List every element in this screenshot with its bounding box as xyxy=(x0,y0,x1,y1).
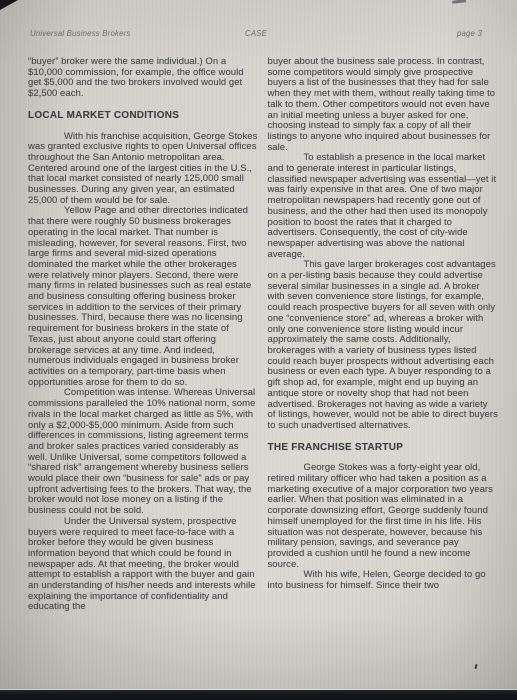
paragraph: buyer about the business sale process. I… xyxy=(268,57,499,153)
page-header: Universal Business Brokers CASE page 3 xyxy=(30,29,482,38)
paragraph: Competition was intense. Whereas Univers… xyxy=(28,388,259,516)
photographed-document-page: Universal Business Brokers CASE page 3 “… xyxy=(0,0,517,700)
paragraph: George Stokes was a forty-eight year old… xyxy=(268,463,499,570)
left-column: “buyer” broker were the same individual.… xyxy=(28,57,259,613)
paragraph: “buyer” broker were the same individual.… xyxy=(28,57,259,100)
paragraph: Under the Universal system, prospective … xyxy=(28,517,259,613)
paragraph: To establish a presence in the local mar… xyxy=(268,153,499,260)
two-column-text: “buyer” broker were the same individual.… xyxy=(28,57,498,613)
paragraph: With his franchise acquisition, George S… xyxy=(28,132,259,207)
page-number: page 3 xyxy=(267,29,482,38)
document-title: Universal Business Brokers xyxy=(30,29,245,38)
section-heading: THE FRANCHISE STARTUP xyxy=(268,443,499,454)
paragraph: Yellow Page and other directories indica… xyxy=(28,206,259,388)
photo-bottom-edge xyxy=(0,690,517,700)
paragraph: With his wife, Helen, George decided to … xyxy=(268,570,499,591)
header-case-label: CASE xyxy=(245,29,267,38)
paragraph: This gave larger brokerages cost advanta… xyxy=(268,260,499,431)
section-heading: LOCAL MARKET CONDITIONS xyxy=(28,111,259,122)
right-column: buyer about the business sale process. I… xyxy=(268,57,499,613)
